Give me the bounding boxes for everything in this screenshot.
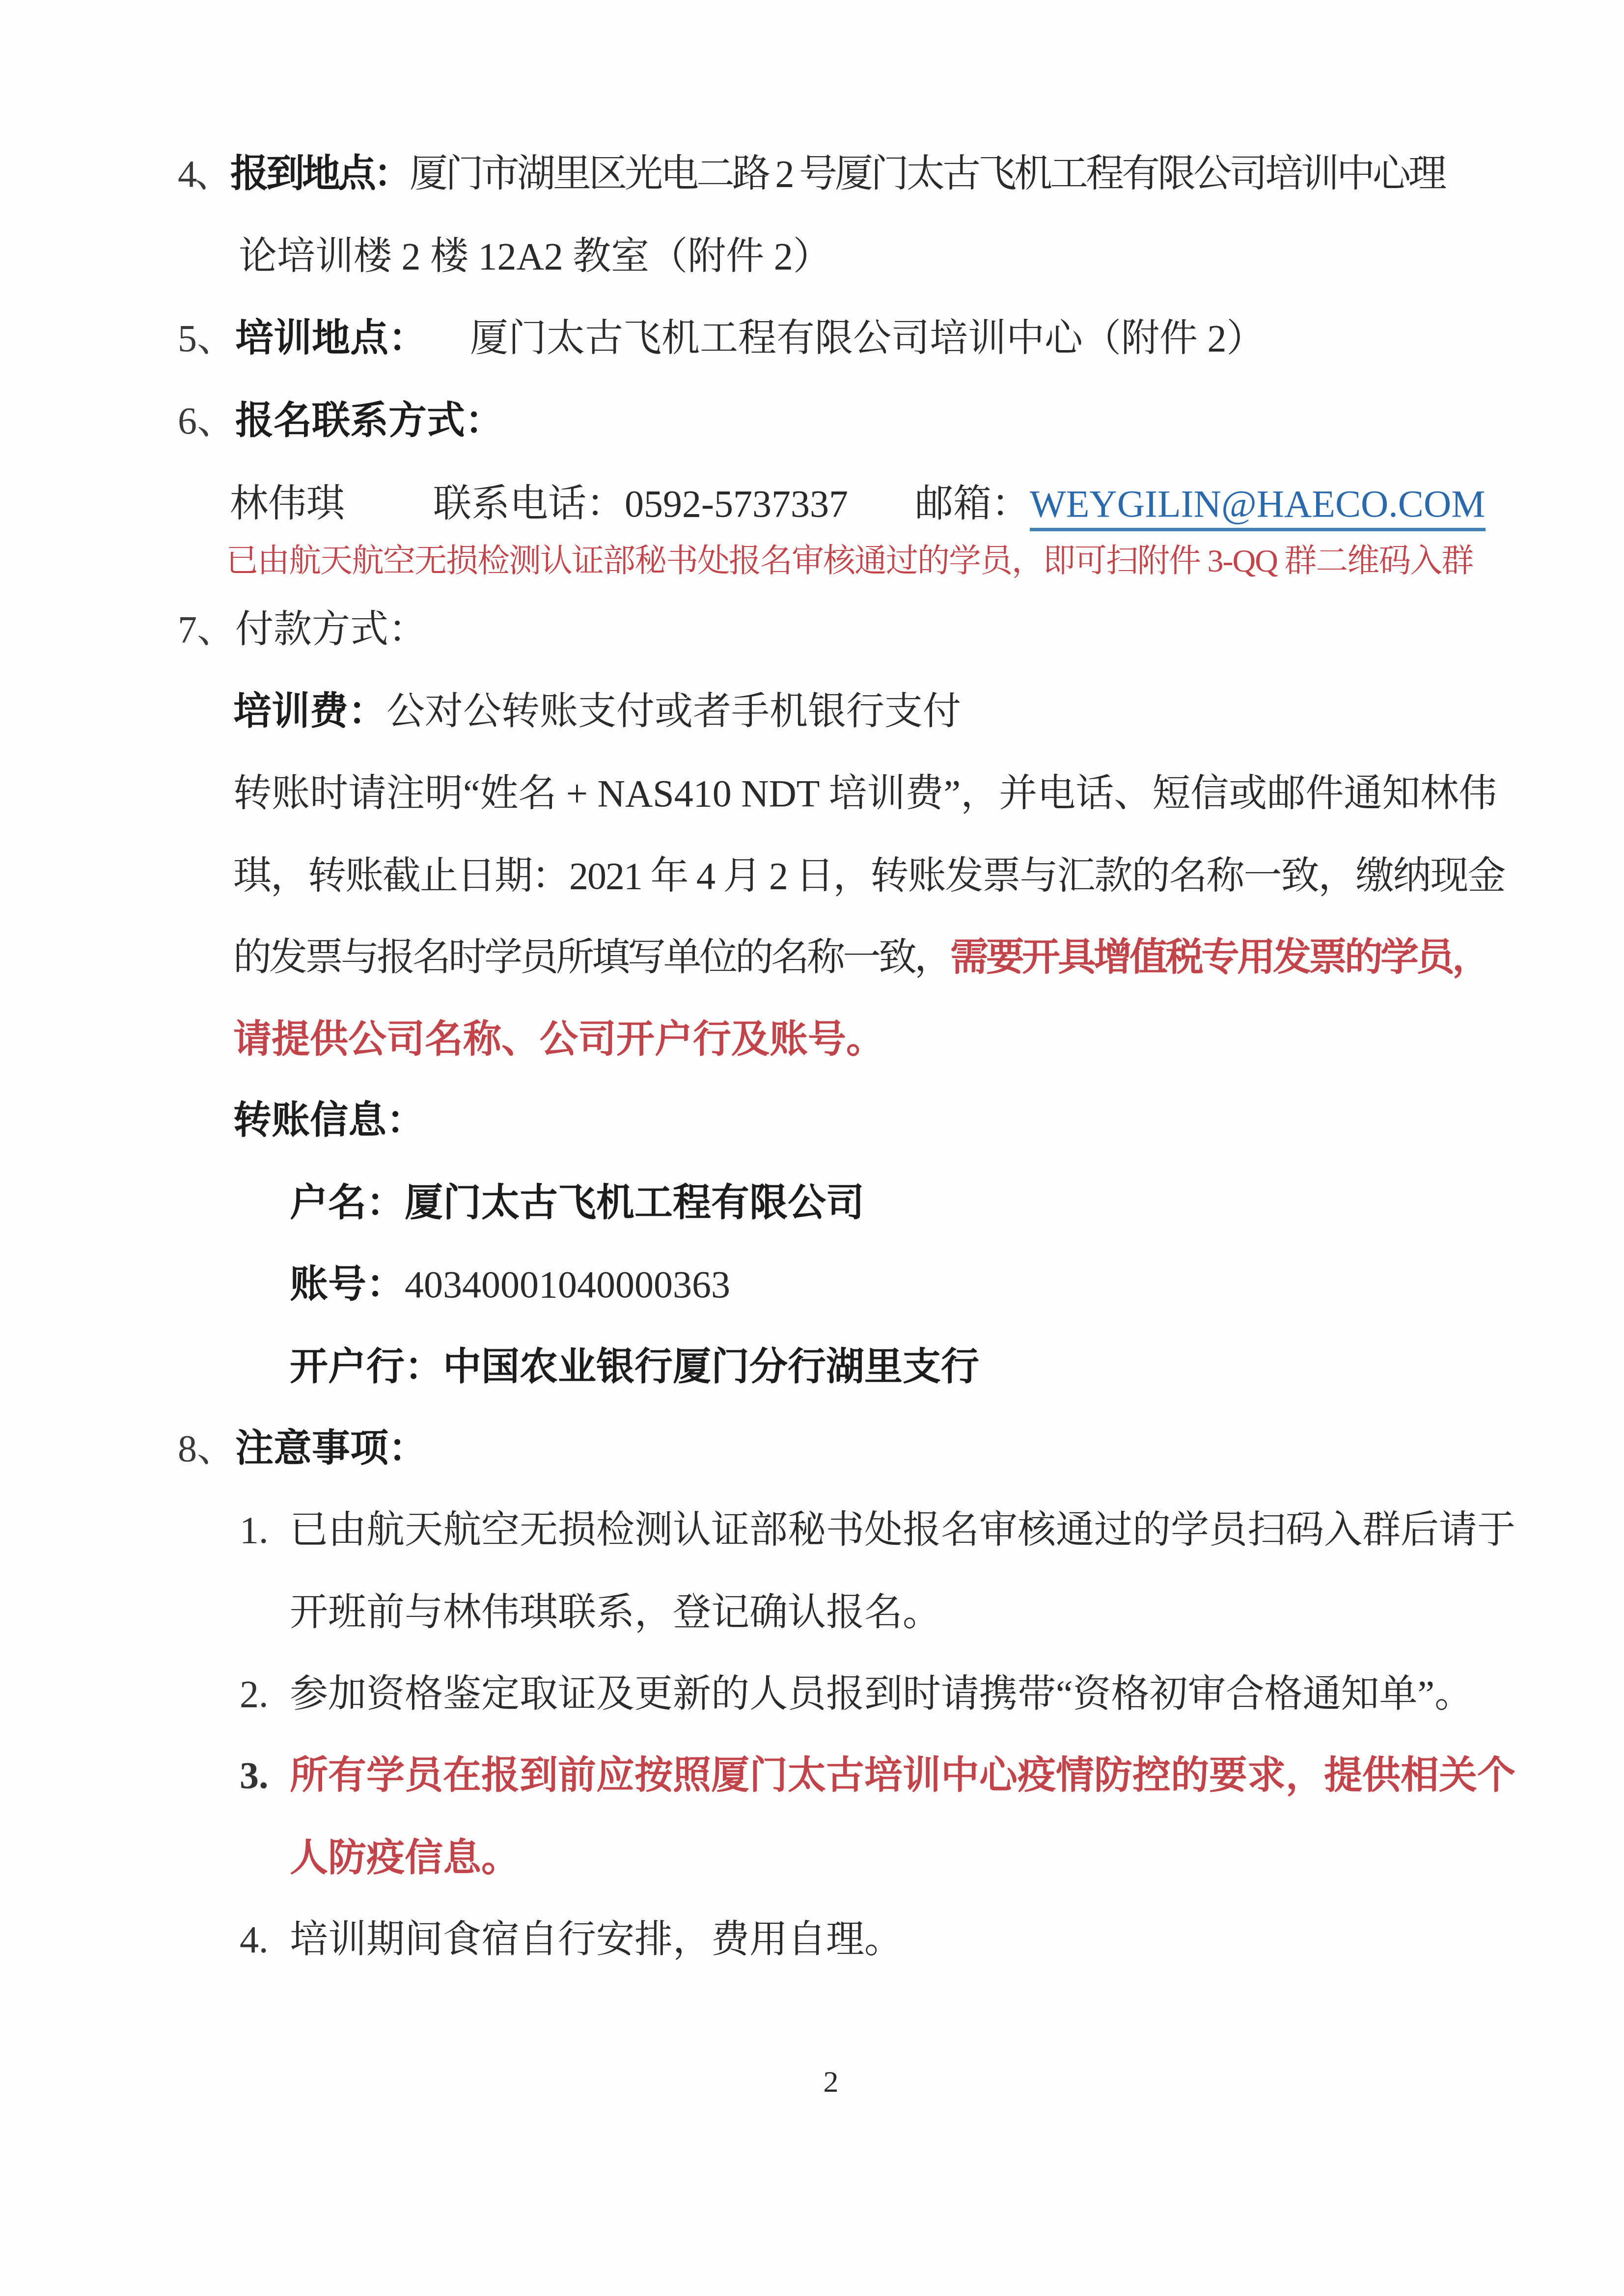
note-1-number: 1. [240, 1508, 290, 1551]
item-8-label: 注意事项： [235, 1427, 427, 1470]
note-4-number: 4. [240, 1918, 290, 1961]
email-link[interactable]: WEYGILIN@HAECO.COM [1030, 482, 1486, 531]
item-7-line: 7、付款方式： [178, 608, 427, 651]
note-1-text-continued: 开班前与林伟琪联系，登记确认报名。 [290, 1591, 941, 1634]
payment-para-3-red: 需要开具增值税专用发票的学员， [950, 936, 1488, 979]
contact-email-label: 邮箱： [915, 482, 1030, 525]
item-7-label: 付款方式： [235, 608, 427, 651]
contact-line: 林伟琪联系电话：0592-5737337邮箱：WEYGILIN@HAECO.CO… [230, 482, 1486, 525]
note-3-text-continued: 人防疫信息。 [290, 1836, 520, 1879]
payment-para-2-text: 琪，转账截止日期：2021 年 4 月 2 日，转账发票与汇款的名称一致，缴纳现… [233, 854, 1505, 897]
item-5-number: 5、 [178, 317, 235, 359]
note-1-text: 已由航天航空无损检测认证部秘书处报名审核通过的学员扫码入群后请于 [290, 1508, 1515, 1551]
payment-para-3-black: 的发票与报名时学员所填写单位的名称一致， [233, 936, 950, 979]
note-3-line-1: 3.所有学员在报到前应按照厦门太古培训中心疫情防控的要求，提供相关个 [240, 1754, 1515, 1797]
payment-para-1: 转账时请注明“姓名 + NAS410 NDT 培训费”，并电话、短信或邮件通知林… [233, 772, 1497, 815]
item-5-label: 培训地点： [235, 317, 427, 359]
page-number: 2 [801, 2065, 860, 2100]
qq-group-red-note: 已由航天航空无损检测认证部秘书处报名审核通过的学员，即可扫附件 3-QQ 群二维… [226, 543, 1473, 579]
item-4-text-continued: 论培训楼 2 楼 12A2 教室（附件 2） [239, 235, 831, 277]
note-1-line-1: 1.已由航天航空无损检测认证部秘书处报名审核通过的学员扫码入群后请于 [240, 1508, 1515, 1551]
item-6-number: 6、 [178, 399, 235, 442]
item-4-number: 4、 [178, 152, 230, 195]
item-6-label: 报名联系方式： [235, 399, 503, 442]
qq-group-red-note-text: 已由航天航空无损检测认证部秘书处报名审核通过的学员，即可扫附件 3-QQ 群二维… [226, 543, 1473, 579]
bank-value: 中国农业银行厦门分行湖里支行 [443, 1345, 979, 1388]
account-number-value: 40340001040000363 [405, 1263, 730, 1306]
note-2-line: 2.参加资格鉴定取证及更新的人员报到时请携带“资格初审合格通知单”。 [240, 1672, 1473, 1715]
item-5-text: 厦门太古飞机工程有限公司培训中心（附件 2） [470, 317, 1265, 359]
contact-name: 林伟琪 [230, 482, 345, 525]
document-page: 4、报到地点：厦门市湖里区光电二路 2 号厦门太古飞机工程有限公司培训中心理 论… [0, 0, 1624, 2296]
note-3-number: 3. [240, 1754, 290, 1797]
item-8-line: 8、注意事项： [178, 1427, 427, 1470]
item-7-number: 7、 [178, 608, 235, 651]
note-1-line-2: 开班前与林伟琪联系，登记确认报名。 [290, 1591, 941, 1634]
note-4-text: 培训期间食宿自行安排，费用自理。 [290, 1918, 903, 1961]
contact-phone: 0592-5737337 [625, 482, 848, 525]
note-4-line: 4.培训期间食宿自行安排，费用自理。 [240, 1918, 903, 1961]
fee-line: 培训费：公对公转账支付或者手机银行支付 [233, 690, 961, 733]
item-4-label: 报到地点： [230, 152, 410, 195]
payment-para-3: 的发票与报名时学员所填写单位的名称一致，需要开具增值税专用发票的学员， [233, 936, 1488, 979]
note-3-line-2: 人防疫信息。 [290, 1836, 520, 1879]
fee-label: 培训费： [233, 690, 386, 733]
payment-para-2: 琪，转账截止日期：2021 年 4 月 2 日，转账发票与汇款的名称一致，缴纳现… [233, 854, 1505, 897]
bank-label: 开户行： [290, 1345, 443, 1388]
account-number-label: 账号： [290, 1263, 405, 1306]
transfer-info-label: 转账信息： [233, 1099, 425, 1142]
item-5-line: 5、培训地点：厦门太古飞机工程有限公司培训中心（附件 2） [178, 317, 1265, 359]
payment-para-1-text: 转账时请注明“姓名 + NAS410 NDT 培训费”，并电话、短信或邮件通知林… [233, 772, 1497, 815]
item-8-number: 8、 [178, 1427, 235, 1470]
note-2-number: 2. [240, 1672, 290, 1715]
account-name-value: 厦门太古飞机工程有限公司 [405, 1181, 864, 1224]
item-4-line-1: 4、报到地点：厦门市湖里区光电二路 2 号厦门太古飞机工程有限公司培训中心理 [178, 152, 1444, 195]
account-name-label: 户名： [290, 1181, 405, 1224]
item-4-line-2: 论培训楼 2 楼 12A2 教室（附件 2） [239, 235, 831, 277]
item-4-text: 厦门市湖里区光电二路 2 号厦门太古飞机工程有限公司培训中心理 [410, 152, 1444, 195]
bank-line: 开户行：中国农业银行厦门分行湖里支行 [290, 1345, 979, 1388]
payment-para-4: 请提供公司名称、公司开户行及账号。 [233, 1018, 884, 1061]
account-number-line: 账号：40340001040000363 [290, 1263, 730, 1306]
fee-text: 公对公转账支付或者手机银行支付 [386, 690, 961, 733]
transfer-info-heading: 转账信息： [233, 1099, 425, 1142]
payment-para-4-red: 请提供公司名称、公司开户行及账号。 [233, 1018, 884, 1061]
item-6-line: 6、报名联系方式： [178, 399, 503, 442]
note-3-text: 所有学员在报到前应按照厦门太古培训中心疫情防控的要求，提供相关个 [290, 1754, 1515, 1797]
contact-phone-label: 联系电话： [433, 482, 625, 525]
note-2-text: 参加资格鉴定取证及更新的人员报到时请携带“资格初审合格通知单”。 [290, 1672, 1473, 1715]
account-name-line: 户名：厦门太古飞机工程有限公司 [290, 1181, 864, 1224]
